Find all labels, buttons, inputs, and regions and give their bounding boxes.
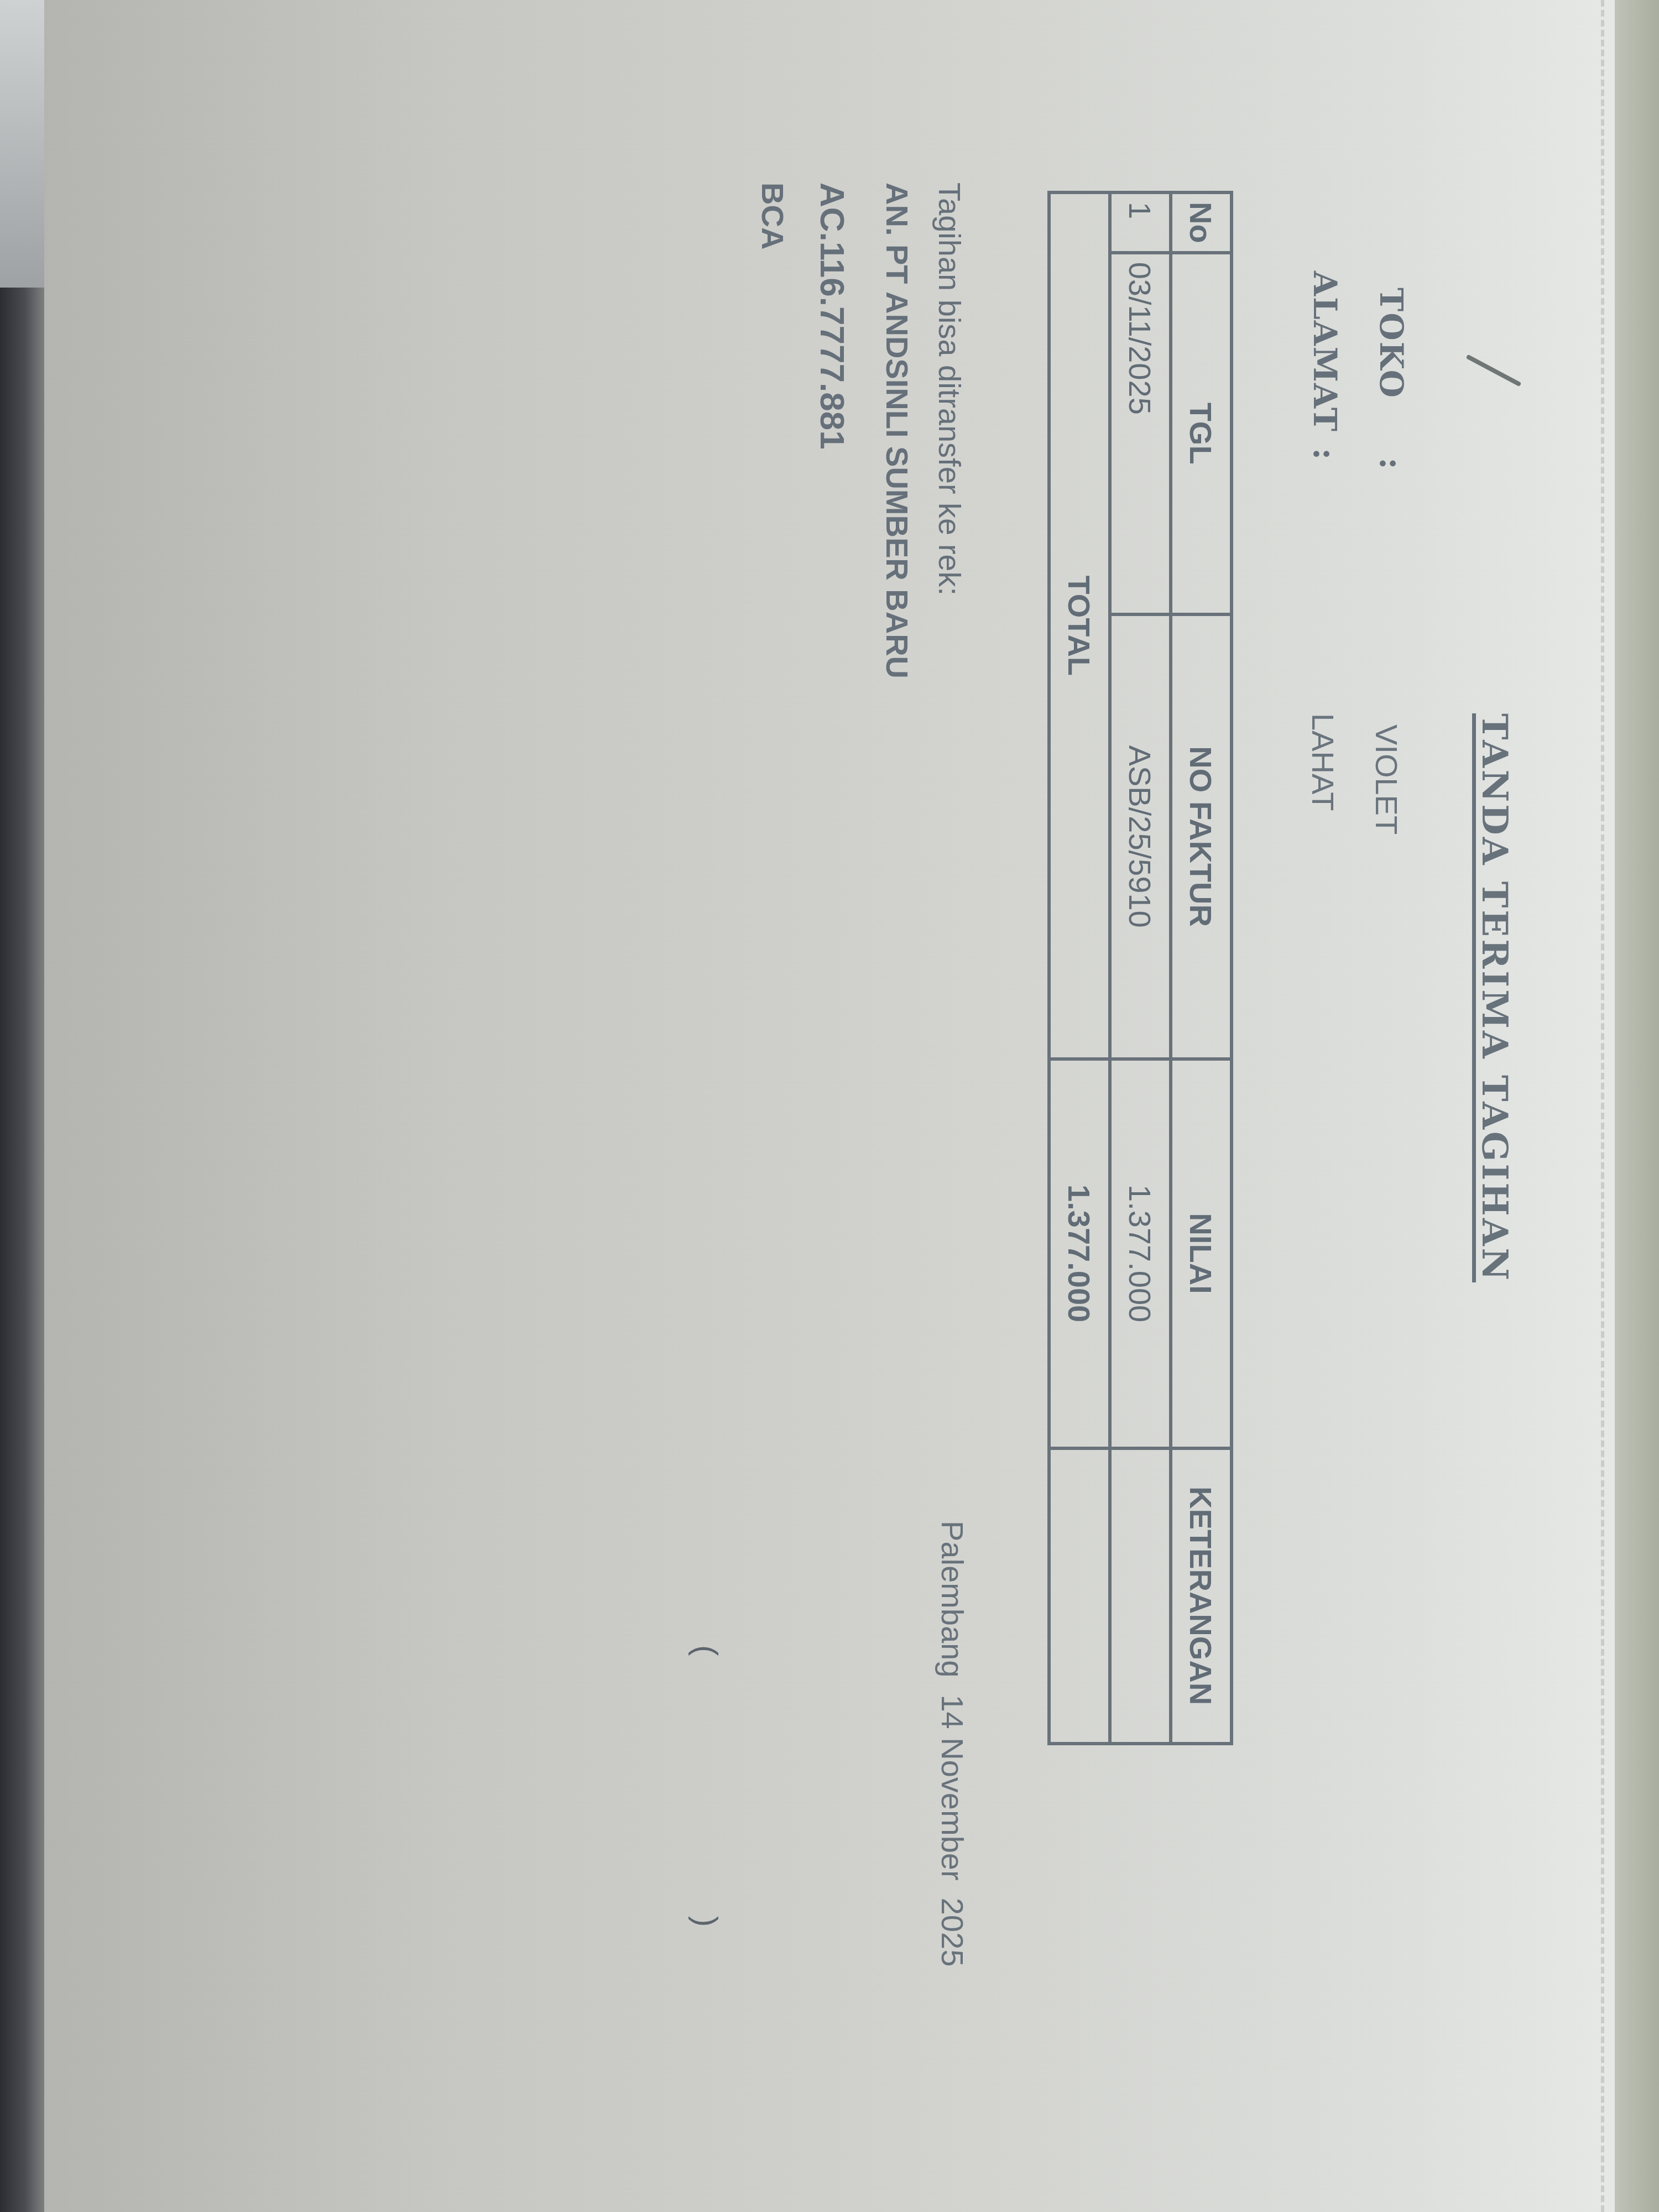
document-title: TANDA TERIMA TAGIHAN	[1474, 713, 1515, 1282]
invoice-receipt: TANDA TERIMA TAGIHAN TOKO : VIOLET ALAMA…	[44, 0, 1615, 2212]
header-keterangan: KETERANGAN	[1171, 1448, 1232, 1744]
total-label: TOTAL	[1049, 192, 1110, 1059]
toko-label: TOKO	[1373, 288, 1410, 399]
alamat-label: ALAMAT	[1306, 271, 1344, 432]
total-value: 1.377.000	[1049, 1059, 1110, 1448]
account-name: AN. PT ANDSINLI SUMBER BARU	[879, 182, 915, 679]
signature-close-paren: )	[687, 1916, 724, 1927]
alamat-separator: :	[1306, 448, 1344, 461]
header-no: No	[1171, 192, 1232, 253]
bank-name: BCA	[755, 182, 791, 249]
table-header-row: No TGL NO FAKTUR NILAI KETERANGAN	[1171, 192, 1232, 1744]
cell-tgl: 03/11/2025	[1110, 253, 1171, 614]
table-row: 1 03/11/2025 ASB/25/5910 1.377.000	[1110, 192, 1171, 1744]
city-date: Palembang 14 November 2025	[935, 1521, 971, 1966]
cell-no-faktur: ASB/25/5910	[1110, 614, 1171, 1059]
cell-keterangan	[1110, 1448, 1171, 1744]
cell-nilai: 1.377.000	[1110, 1059, 1171, 1448]
toko-label-row: TOKO :	[1373, 288, 1410, 471]
invoice-table: No TGL NO FAKTUR NILAI KETERANGAN 1 03/1…	[1047, 191, 1233, 1745]
alamat-label-row: ALAMAT :	[1306, 271, 1344, 461]
pen-mark-icon	[1466, 354, 1522, 387]
desk-background	[0, 0, 50, 2212]
paper-sheet: TANDA TERIMA TAGIHAN TOKO : VIOLET ALAMA…	[44, 0, 1615, 2212]
wall-background	[1615, 0, 1659, 2212]
header-no-faktur: NO FAKTUR	[1171, 614, 1232, 1059]
total-keterangan	[1049, 1448, 1110, 1744]
cell-no: 1	[1110, 192, 1171, 253]
header-tgl: TGL	[1171, 253, 1232, 614]
account-number: AC.116.7777.881	[812, 182, 852, 450]
signature-open-paren: (	[687, 1645, 724, 1656]
toko-separator: :	[1373, 457, 1410, 470]
alamat-value: LAHAT	[1305, 713, 1341, 811]
payment-instruction: Tagihan bisa ditransfer ke rek:	[932, 182, 968, 596]
header-nilai: NILAI	[1171, 1059, 1232, 1448]
table-total-row: TOTAL 1.377.000	[1049, 192, 1110, 1744]
toko-value: VIOLET	[1369, 724, 1405, 834]
